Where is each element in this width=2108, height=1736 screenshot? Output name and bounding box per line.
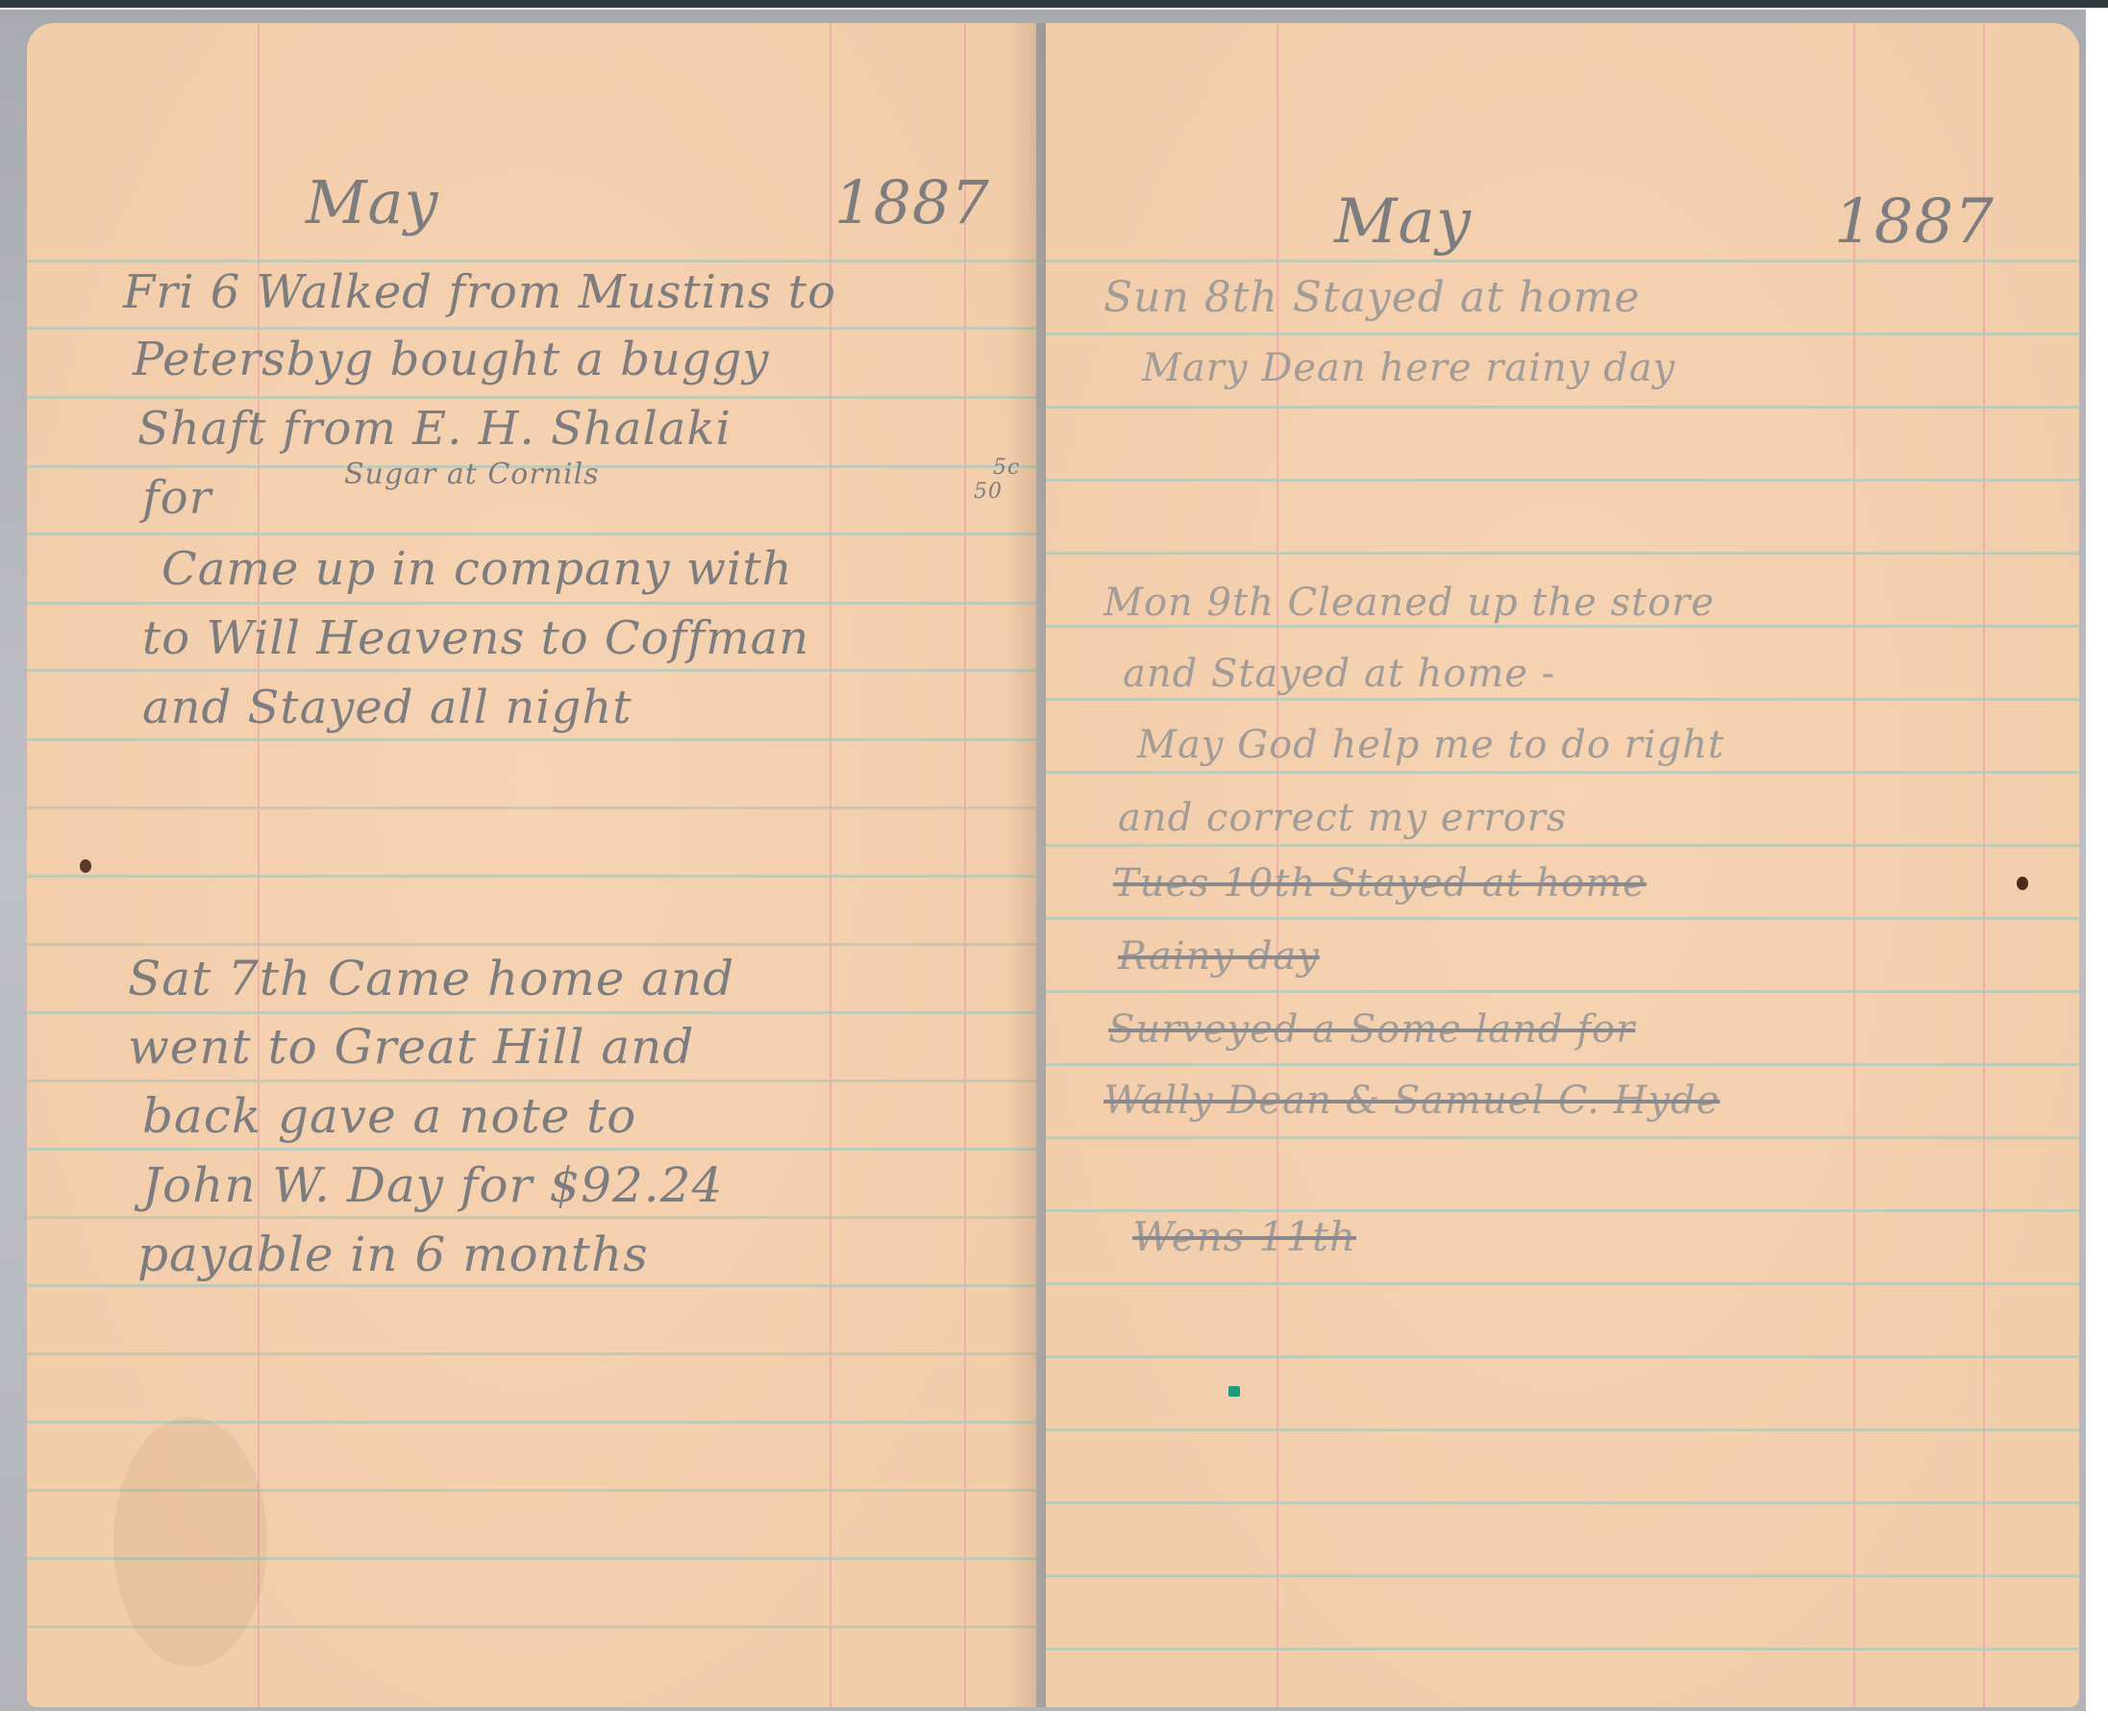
ruled-line: [27, 1011, 1036, 1014]
left-month-heading: May: [306, 167, 438, 237]
margin-amount: 50: [974, 480, 1003, 504]
diary-line: and Stayed at home -: [1123, 652, 1555, 696]
ruled-line: [27, 1284, 1036, 1287]
ruled-line: [27, 602, 1036, 605]
diary-line: Petersbyg bought a buggy: [133, 333, 769, 386]
diary-line: May God help me to do right: [1137, 723, 1724, 767]
ruled-line: [1046, 552, 2079, 555]
amount-column-line: [1983, 23, 1985, 1707]
right-page: May 1887 Sun 8th Stayed at home Mary Dea…: [1046, 23, 2079, 1707]
ruled-line: [1046, 990, 2079, 993]
ruled-line: [1046, 1136, 2079, 1139]
inserted-note: Sugar at Cornils: [344, 458, 600, 491]
ruled-line: [1046, 698, 2079, 701]
diary-line: John W. Day for $92.24: [142, 1157, 723, 1213]
diary-line: Fri 6 Walked from Mustins to: [123, 265, 836, 319]
diary-line: back gave a note to: [142, 1088, 636, 1144]
diary-line: and Stayed all night: [142, 681, 632, 734]
diary-line: payable in 6 months: [137, 1227, 649, 1282]
ink-spot: [2017, 877, 2028, 890]
ruled-line: [1046, 260, 2079, 262]
ruled-line: [27, 943, 1036, 946]
ruled-line: [27, 1216, 1036, 1219]
water-stain: [113, 1417, 267, 1667]
struck-diary-line: Wally Dean & Samuel C. Hyde: [1104, 1079, 1720, 1123]
ruled-line: [27, 1079, 1036, 1082]
ruled-line: [1046, 333, 2079, 335]
amount-column-line: [964, 23, 966, 1707]
open-notebook: May 1887 Fri 6 Walked from Mustins to Pe…: [27, 23, 2079, 1707]
struck-diary-line: Tues 10th Stayed at home: [1113, 861, 1647, 905]
diary-line: went to Great Hill and: [128, 1019, 694, 1075]
diary-line: to Will Heavens to Coffman: [142, 611, 809, 665]
ruled-line: [1046, 1575, 2079, 1577]
diary-line: Wens 11th: [1132, 1213, 1356, 1260]
ruled-line: [1046, 406, 2079, 409]
ruled-line: [27, 875, 1036, 878]
struck-diary-line: Surveyed a Some land for: [1108, 1007, 1635, 1052]
diary-line: Shaft from E. H. Shalaki: [137, 402, 732, 456]
ruled-line: [27, 669, 1036, 672]
diary-line: Came up in company with: [161, 542, 793, 596]
left-year-heading: 1887: [834, 167, 990, 237]
ink-spot: [80, 859, 91, 873]
ruled-line: [27, 738, 1036, 741]
diary-line: Mon 9th Cleaned up the store: [1104, 581, 1715, 625]
left-page: May 1887 Fri 6 Walked from Mustins to Pe…: [27, 23, 1036, 1707]
ruled-line: [27, 1352, 1036, 1355]
ruled-line: [1046, 1501, 2079, 1504]
ruled-line: [1046, 844, 2079, 847]
diary-line: for: [142, 471, 212, 525]
diary-line: Mary Dean here rainy day: [1142, 346, 1675, 390]
diary-line: and correct my errors: [1118, 796, 1567, 840]
ruled-line: [27, 1148, 1036, 1151]
ruled-line: [27, 396, 1036, 399]
ruled-line: [1046, 1282, 2079, 1285]
right-month-heading: May: [1334, 186, 1472, 258]
ruled-line: [1046, 1355, 2079, 1358]
scanner-top-edge: [0, 0, 2108, 8]
diary-line: Sat 7th Came home and: [128, 951, 734, 1006]
ruled-line: [1046, 625, 2079, 628]
ruled-line: [1046, 479, 2079, 482]
diary-line: Sun 8th Stayed at home: [1104, 273, 1640, 322]
amount-column-line: [1853, 23, 1855, 1707]
ruled-line: [27, 260, 1036, 262]
ruled-line: [1046, 917, 2079, 920]
ruled-line: [27, 806, 1036, 809]
ruled-line: [27, 533, 1036, 535]
right-year-heading: 1887: [1834, 186, 1995, 258]
ruled-line: [1046, 1209, 2079, 1212]
green-mark: [1228, 1386, 1240, 1397]
struck-diary-line: Rainy day: [1118, 934, 1320, 979]
ruled-line: [1046, 1428, 2079, 1431]
ruled-line: [1046, 1648, 2079, 1650]
ruled-line: [1046, 1063, 2079, 1066]
ruled-line: [27, 327, 1036, 330]
ruled-line: [1046, 771, 2079, 774]
